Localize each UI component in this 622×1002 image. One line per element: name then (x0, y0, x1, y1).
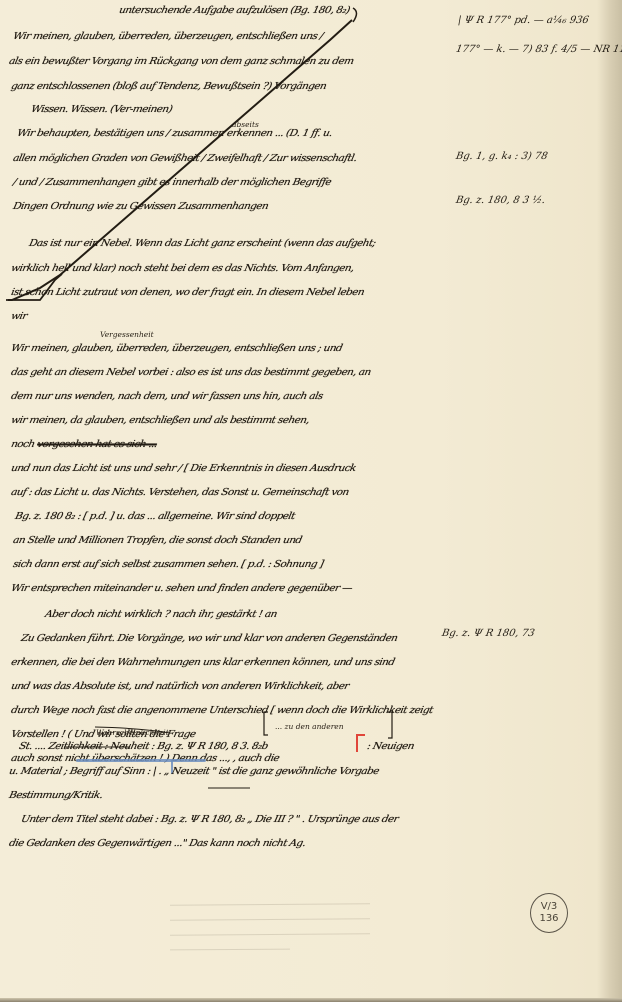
stamp-folder: V/3 (541, 901, 558, 913)
manuscript-line: noch vorgesehen hat es sich ... (10, 439, 158, 450)
manuscript-line: ist schon Licht zutraut von denen, wo de… (10, 287, 365, 298)
manuscript-line: Wir behaupten, bestätigen uns / zusammen… (16, 128, 333, 139)
struck-text: vorgesehen hat es sich ... (36, 439, 158, 450)
section-prefix: St. .... (18, 741, 47, 752)
manuscript-word: noch (10, 439, 36, 450)
manuscript-line: : Neuigen (366, 741, 415, 752)
manuscript-line: untersuchende Aufgabe aufzulösen (Bg. 18… (118, 5, 351, 16)
manuscript-line: Wir entsprechen miteinander u. sehen und… (10, 583, 353, 594)
manuscript-line: Zu Gedanken führt. Die Vorgänge, wo wir … (20, 633, 398, 644)
manuscript-page: | Ψ R 177° pd. — a¼₆ 936 177° — k. — 7) … (0, 0, 622, 1002)
interlinear-note: ... zu den anderen (275, 722, 344, 731)
manuscript-line: als ein bewußter Vorgang im Rückgang von… (8, 56, 355, 67)
manuscript-line: durch Wege noch fast die angenommene Unt… (10, 705, 434, 716)
manuscript-line: Wissen. Wissen. (Ver-meinen) (30, 104, 173, 115)
manuscript-line: Das ist nur ein Nebel. Wenn das Licht ga… (28, 238, 377, 249)
interlinear-note: abseits (232, 120, 259, 129)
manuscript-line: Aber doch nicht wirklich ? nach ihr, ges… (44, 609, 278, 620)
stamp-page-number: 136 (539, 913, 558, 925)
red-bracket-mark (356, 734, 365, 752)
manuscript-line: und was das Absolute ist, und natürlich … (10, 681, 350, 692)
manuscript-line: Bestimmung/Kritik. (8, 790, 104, 801)
manuscript-line: das geht an diesem Nebel vorbei : also e… (10, 367, 372, 378)
blue-pencil-mark (76, 759, 206, 762)
section-heading-line: St. .... Zeitlichkeit : Neuheit : Bg. z.… (18, 741, 269, 752)
bleedthrough-text (170, 890, 370, 980)
manuscript-line: die Gedanken des Gegenwärtigen ..." Das … (8, 838, 307, 849)
manuscript-line: / und / Zusammenhangen gibt es innerhalb… (12, 177, 332, 188)
page-bottom-edge (0, 998, 622, 1002)
archive-signature-stamp: V/3 136 (530, 893, 568, 933)
manuscript-line: u. Material ; Begriff auf Sinn : | . „ N… (8, 766, 380, 777)
section-heading: Zeitlichkeit : Neuheit : (47, 741, 155, 752)
manuscript-line: Wir meinen, glauben, überreden, überzeug… (10, 343, 343, 354)
manuscript-line: sich dann erst auf sich selbst zusammen … (12, 559, 324, 570)
heading-interlinear: Wahrscheinlichkeit (96, 728, 169, 737)
manuscript-line: allen möglichen Graden von Gewißheit / Z… (12, 153, 358, 164)
margin-note: 177° — k. — 7) 83 f. 4/5 — NR 1182 (455, 44, 622, 55)
manuscript-line: Unter dem Titel steht dabei : Bg. z. Ψ R… (20, 814, 399, 825)
manuscript-line: wir (10, 311, 28, 322)
manuscript-line: und nun das Licht ist uns und sehr / [ D… (10, 463, 357, 474)
manuscript-line: wirklich hell und klar) noch steht bei d… (10, 263, 355, 274)
manuscript-line: Dingen Ordnung wie zu Gewissen Zusammenh… (12, 201, 269, 212)
manuscript-line: ganz entschlossenen (bloß auf Tendenz, B… (10, 81, 327, 92)
manuscript-line: wir meinen, da glauben, entschließen und… (10, 415, 310, 426)
manuscript-line: Bg. z. 180 8₂ : [ p.d. ] u. das ... allg… (14, 511, 296, 522)
margin-note: | Ψ R 177° pd. — a¼₆ 936 (457, 15, 590, 26)
interlinear-note: Vergessenheit (100, 330, 154, 339)
section-reference: Bg. z. Ψ R 180, 8 3. 8₂b (156, 741, 269, 752)
margin-note: Bg. z. 180, 8 3 ½. (455, 195, 546, 206)
margin-note: Bg. z. Ψ R 180, 73 (441, 628, 536, 639)
margin-note: Bg. 1, g. k₄ : 3) 78 (455, 151, 549, 162)
manuscript-line: dem nur uns wenden, nach dem, und wir fa… (10, 391, 324, 402)
manuscript-line: Wir meinen, glauben, überreden, überzeug… (12, 31, 324, 42)
manuscript-line: an Stelle und Millionen Tropfen, die son… (12, 535, 303, 546)
manuscript-line: erkennen, die bei den Wahrnehmungen uns … (10, 657, 396, 668)
manuscript-line: auf : das Licht u. das Nichts. Verstehen… (10, 487, 350, 498)
